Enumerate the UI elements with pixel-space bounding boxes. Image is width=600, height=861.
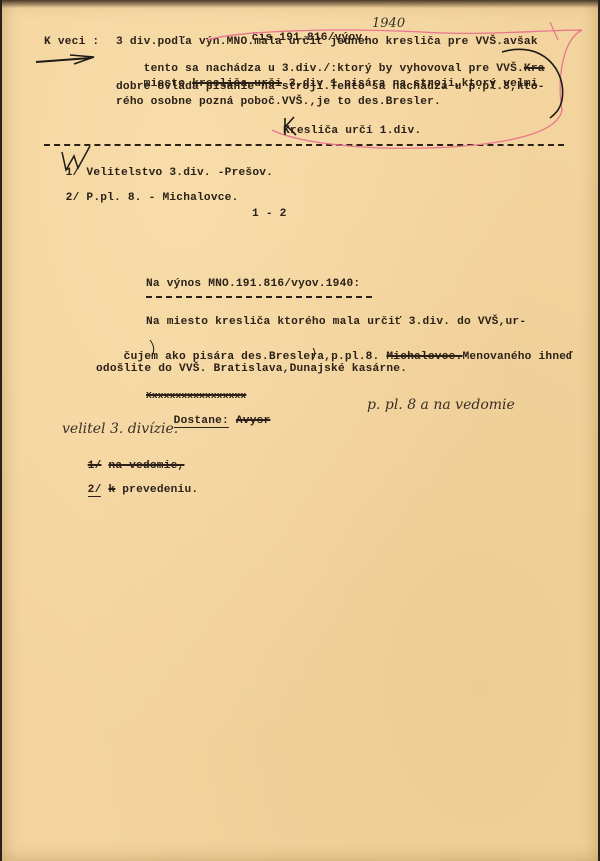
check-mark-icon [62, 146, 90, 170]
black-arc-icon [502, 49, 563, 118]
document-page: čís.191.816/výov. 1940 K veci : 3 div.po… [2, 0, 598, 861]
k-mark-icon [285, 117, 296, 135]
pink-loop-icon [207, 30, 582, 148]
pencil-annotations [2, 0, 598, 861]
